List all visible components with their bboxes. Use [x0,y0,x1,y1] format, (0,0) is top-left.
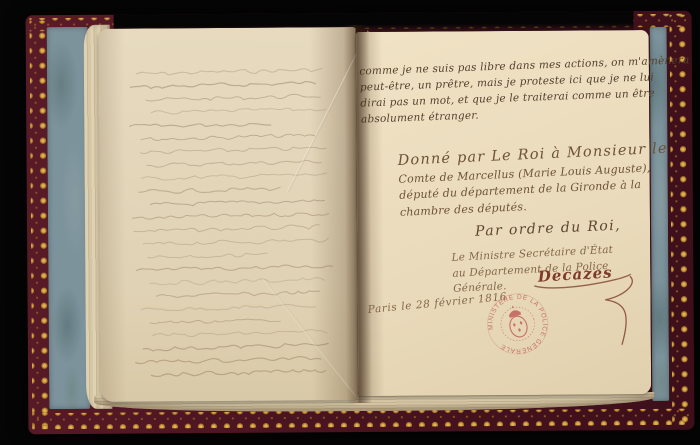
protest-paragraph: comme je ne suis pas libre dans mes acti… [359,52,691,127]
stamp-circular-text: MINISTÈRE DE LA POLICE GÉNÉRALE [480,286,556,364]
photo-background: comme je ne suis pas libre dans mes acti… [0,0,700,445]
left-page-writing [95,25,361,404]
right-page: comme je ne suis pas libre dans mes acti… [356,30,652,396]
crown-icon [507,304,521,317]
gilt-tooling-bottom [32,409,689,430]
fleur-de-lis-icons [512,321,524,334]
left-page [99,27,359,402]
royal-grant-note: Donné par Le Roi à Monsieur le Comte de … [397,141,670,221]
order-of-the-king-line: Par ordre du Roi, [475,218,621,240]
book-cover: comme je ne suis pas libre dans mes acti… [26,11,695,435]
